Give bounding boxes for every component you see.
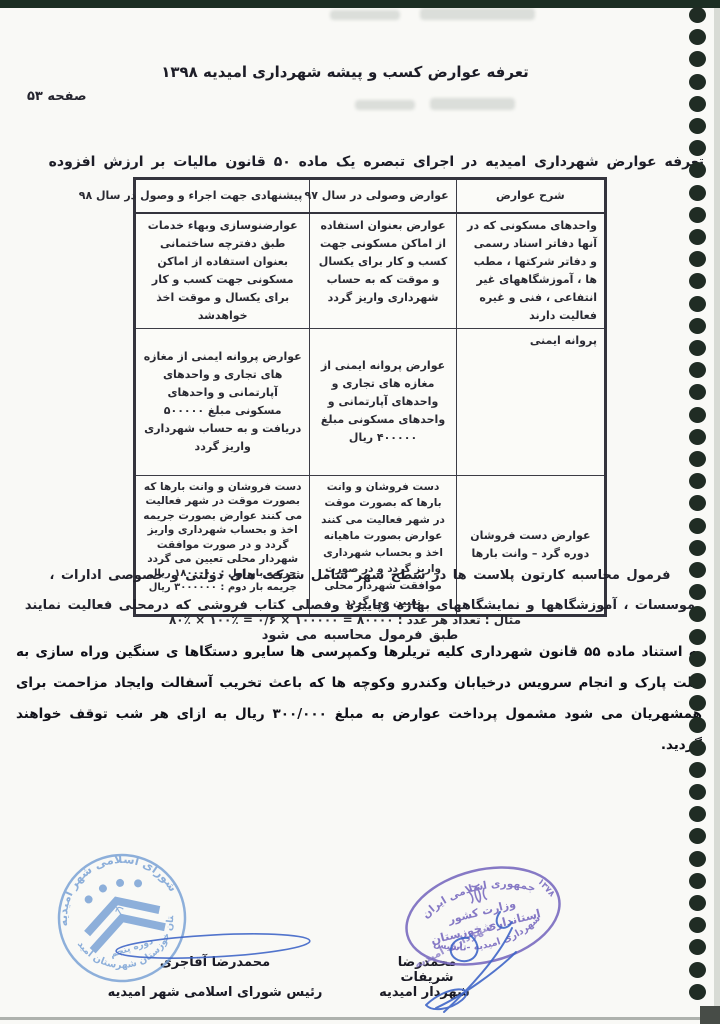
document-title: تعرفه عوارض کسب و پیشه شهرداری امیدیه ۱۳… bbox=[0, 63, 690, 81]
binding-hole bbox=[689, 384, 706, 400]
binding-hole bbox=[689, 784, 706, 800]
scanned-document-page: تعرفه عوارض کسب و پیشه شهرداری امیدیه ۱۳… bbox=[0, 0, 720, 1024]
binding-hole bbox=[689, 984, 706, 1000]
binding-hole bbox=[689, 495, 706, 511]
bleedthrough-smudge bbox=[355, 100, 415, 110]
iran-emblem-icon bbox=[467, 883, 487, 904]
table-row: واحدهای مسکونی که در آنها دفاتر اسناد رس… bbox=[135, 213, 606, 329]
council-stamp-top-text: شورای اسلامی شهر امیدیه bbox=[40, 835, 182, 930]
municipality-stamp-line2: استانداری خوزستان bbox=[429, 906, 542, 948]
cell-year98: عوارضنوسازی وبهاء خدمات طبق دفترچه ساختم… bbox=[135, 213, 310, 329]
binding-hole bbox=[689, 140, 706, 156]
scan-top-edge bbox=[0, 0, 720, 8]
binding-hole bbox=[689, 96, 706, 112]
council-head-role: رئیس شورای اسلامی شهر امیدیه bbox=[95, 985, 335, 1000]
cell-year98: عوارض پروانه ایمنی از مغازه های تجاری و … bbox=[135, 328, 310, 475]
binding-hole bbox=[689, 673, 706, 689]
binding-hole bbox=[689, 229, 706, 245]
page-number: صفحه ۵۳ bbox=[27, 89, 87, 104]
binding-holes bbox=[689, 0, 707, 1024]
binding-hole bbox=[689, 207, 706, 223]
mayor-name: محمدرضا شریفات bbox=[372, 955, 482, 985]
binding-hole bbox=[689, 451, 706, 467]
council-stamp-logo bbox=[74, 870, 165, 951]
binding-hole bbox=[689, 118, 706, 134]
binding-hole bbox=[689, 29, 706, 45]
cell-year98-text: دست فروشان و وانت بارها که بصورت موقت در… bbox=[143, 480, 302, 567]
municipality-stamp-year: ۱۳۷۸ bbox=[535, 877, 557, 900]
tariff-table: شرح عوارض عوارض وصولی در سال ۹۷ پیشنهادی… bbox=[133, 177, 607, 617]
scan-bottom-edge bbox=[0, 1017, 705, 1020]
binding-hole bbox=[689, 895, 706, 911]
mayor-role: شهردار امیدیه bbox=[372, 985, 477, 1000]
col-header-description: شرح عوارض bbox=[456, 179, 605, 213]
cell-description: پروانه ایمنی bbox=[456, 328, 605, 475]
binding-hole bbox=[689, 74, 706, 90]
binding-hole bbox=[689, 851, 706, 867]
binding-hole bbox=[689, 740, 706, 756]
binding-hole bbox=[689, 939, 706, 955]
binding-hole bbox=[689, 429, 706, 445]
municipality-stamp-top-text: جمهوری اسلامی ایران bbox=[416, 867, 540, 922]
binding-hole bbox=[689, 629, 706, 645]
binding-hole bbox=[689, 518, 706, 534]
binding-hole bbox=[689, 562, 706, 578]
article55-paragraph: به استناد ماده ۵۵ قانون شهرداری کلیه تری… bbox=[16, 637, 702, 761]
cell-description: واحدهای مسکونی که در آنها دفاتر اسناد رس… bbox=[456, 213, 605, 329]
council-head-name: محمدرضا آقاجری bbox=[115, 955, 315, 970]
col-header-year97: عوارض وصولی در سال ۹۷ bbox=[310, 179, 456, 213]
svg-text:شورای اسلامی شهر امیدیه: شورای اسلامی شهر امیدیه bbox=[40, 835, 182, 930]
scan-right-edge bbox=[714, 0, 720, 1024]
binding-hole bbox=[689, 917, 706, 933]
bleedthrough-smudge bbox=[330, 10, 400, 20]
cell-year97: عوارض بعنوان استفاده از اماکن مسکونی جهت… bbox=[310, 213, 456, 329]
binding-hole bbox=[689, 473, 706, 489]
section-heading: تعرفه عوارض شهرداری امیدیه در اجرای تبصر… bbox=[49, 154, 704, 170]
binding-hole bbox=[689, 540, 706, 556]
binding-hole bbox=[689, 962, 706, 978]
binding-hole bbox=[689, 251, 706, 267]
bleedthrough-smudge bbox=[430, 98, 515, 110]
binding-hole bbox=[689, 407, 706, 423]
binding-hole bbox=[689, 717, 706, 733]
bleedthrough-smudge bbox=[420, 8, 535, 20]
binding-hole bbox=[689, 51, 706, 67]
table-row: پروانه ایمنی عوارض پروانه ایمنی از مغازه… bbox=[135, 328, 606, 475]
binding-hole bbox=[689, 296, 706, 312]
municipality-stamp-line1: وزارت کشور bbox=[446, 897, 517, 927]
binding-hole bbox=[689, 584, 706, 600]
svg-text:جمهوری اسلامی ایران: جمهوری اسلامی ایران bbox=[416, 867, 540, 922]
col-header-year98: پیشنهادی جهت اجراء و وصول در سال ۹۸ bbox=[135, 179, 310, 213]
binding-hole bbox=[689, 7, 706, 23]
binding-hole bbox=[689, 606, 706, 622]
formula-example: مثال : تعداد هر عدد : ۸۰۰۰۰ = ۱۰۰۰۰۰ × ۰… bbox=[0, 613, 690, 627]
binding-hole bbox=[689, 185, 706, 201]
binding-hole bbox=[689, 651, 706, 667]
binding-hole bbox=[689, 873, 706, 889]
cell-year97: عوارض پروانه ایمنی از مغازه های تجاری و … bbox=[310, 328, 456, 475]
binding-hole bbox=[689, 340, 706, 356]
binding-hole bbox=[689, 162, 706, 178]
table-header-row: شرح عوارض عوارض وصولی در سال ۹۷ پیشنهادی… bbox=[135, 179, 606, 213]
binding-hole bbox=[689, 318, 706, 334]
binding-hole bbox=[689, 273, 706, 289]
binding-hole bbox=[689, 362, 706, 378]
binding-hole bbox=[689, 806, 706, 822]
binding-hole bbox=[689, 695, 706, 711]
binding-hole bbox=[689, 762, 706, 778]
binding-hole bbox=[689, 828, 706, 844]
